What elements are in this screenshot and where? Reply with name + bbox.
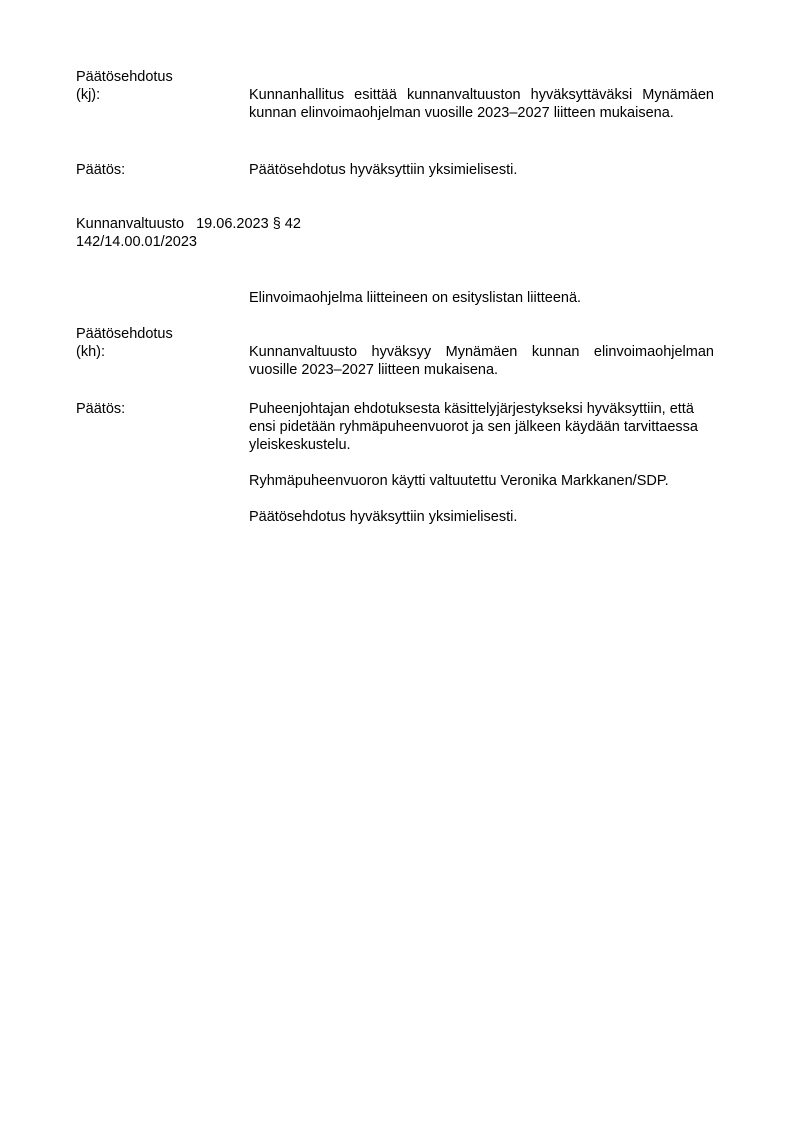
section-kh-decision: Päätös: Päätösehdotus hyväksyttiin yksim… (76, 161, 716, 179)
proposal-paragraph: Kunnanhallitus esittää kunnanvaltuuston … (249, 86, 714, 122)
decision-label: Päätös: (76, 161, 246, 179)
section-kh-proposal: Päätösehdotus (kj): Kunnanhallitus esitt… (76, 68, 716, 122)
section-kv-attachment: Elinvoimaohjelma liitteineen on esitysli… (76, 289, 716, 307)
proposal-label-line1: Päätösehdotus (76, 68, 716, 86)
proposal-text: Kunnanvaltuusto hyväksyy Mynämäen kunnan… (249, 343, 714, 379)
decision-paragraph-1: Puheenjohtajan ehdotuksesta käsittelyjär… (249, 400, 714, 454)
proposal-label-line2: (kh): (76, 343, 246, 361)
decision-label: Päätös: (76, 400, 246, 418)
attachment-paragraph: Elinvoimaohjelma liitteineen on esitysli… (249, 289, 714, 307)
proposal-label-line1: Päätösehdotus (76, 325, 716, 343)
decision-text: Puheenjohtajan ehdotuksesta käsittelyjär… (249, 400, 714, 526)
proposal-text: Kunnanhallitus esittää kunnanvaltuuston … (249, 86, 714, 122)
meeting-heading: Kunnanvaltuusto 19.06.2023 § 42 (76, 215, 716, 233)
decision-paragraph-2: Ryhmäpuheenvuoron käytti valtuutettu Ver… (249, 472, 714, 490)
decision-paragraph: Päätösehdotus hyväksyttiin yksimielisest… (249, 161, 714, 179)
decision-text: Päätösehdotus hyväksyttiin yksimielisest… (249, 161, 714, 179)
attachment-note: Elinvoimaohjelma liitteineen on esitysli… (249, 289, 714, 307)
proposal-label-line2: (kj): (76, 86, 246, 104)
reference-number: 142/14.00.01/2023 (76, 233, 716, 251)
proposal-paragraph: Kunnanvaltuusto hyväksyy Mynämäen kunnan… (249, 343, 714, 379)
section-kv-decision: Päätös: Puheenjohtajan ehdotuksesta käsi… (76, 400, 716, 526)
decision-paragraph-3: Päätösehdotus hyväksyttiin yksimielisest… (249, 508, 714, 526)
document-page: Päätösehdotus (kj): Kunnanhallitus esitt… (0, 0, 794, 1122)
section-kv-proposal: Päätösehdotus (kh): Kunnanvaltuusto hyvä… (76, 325, 716, 379)
section-kv-heading: Kunnanvaltuusto 19.06.2023 § 42 142/14.0… (76, 215, 716, 251)
